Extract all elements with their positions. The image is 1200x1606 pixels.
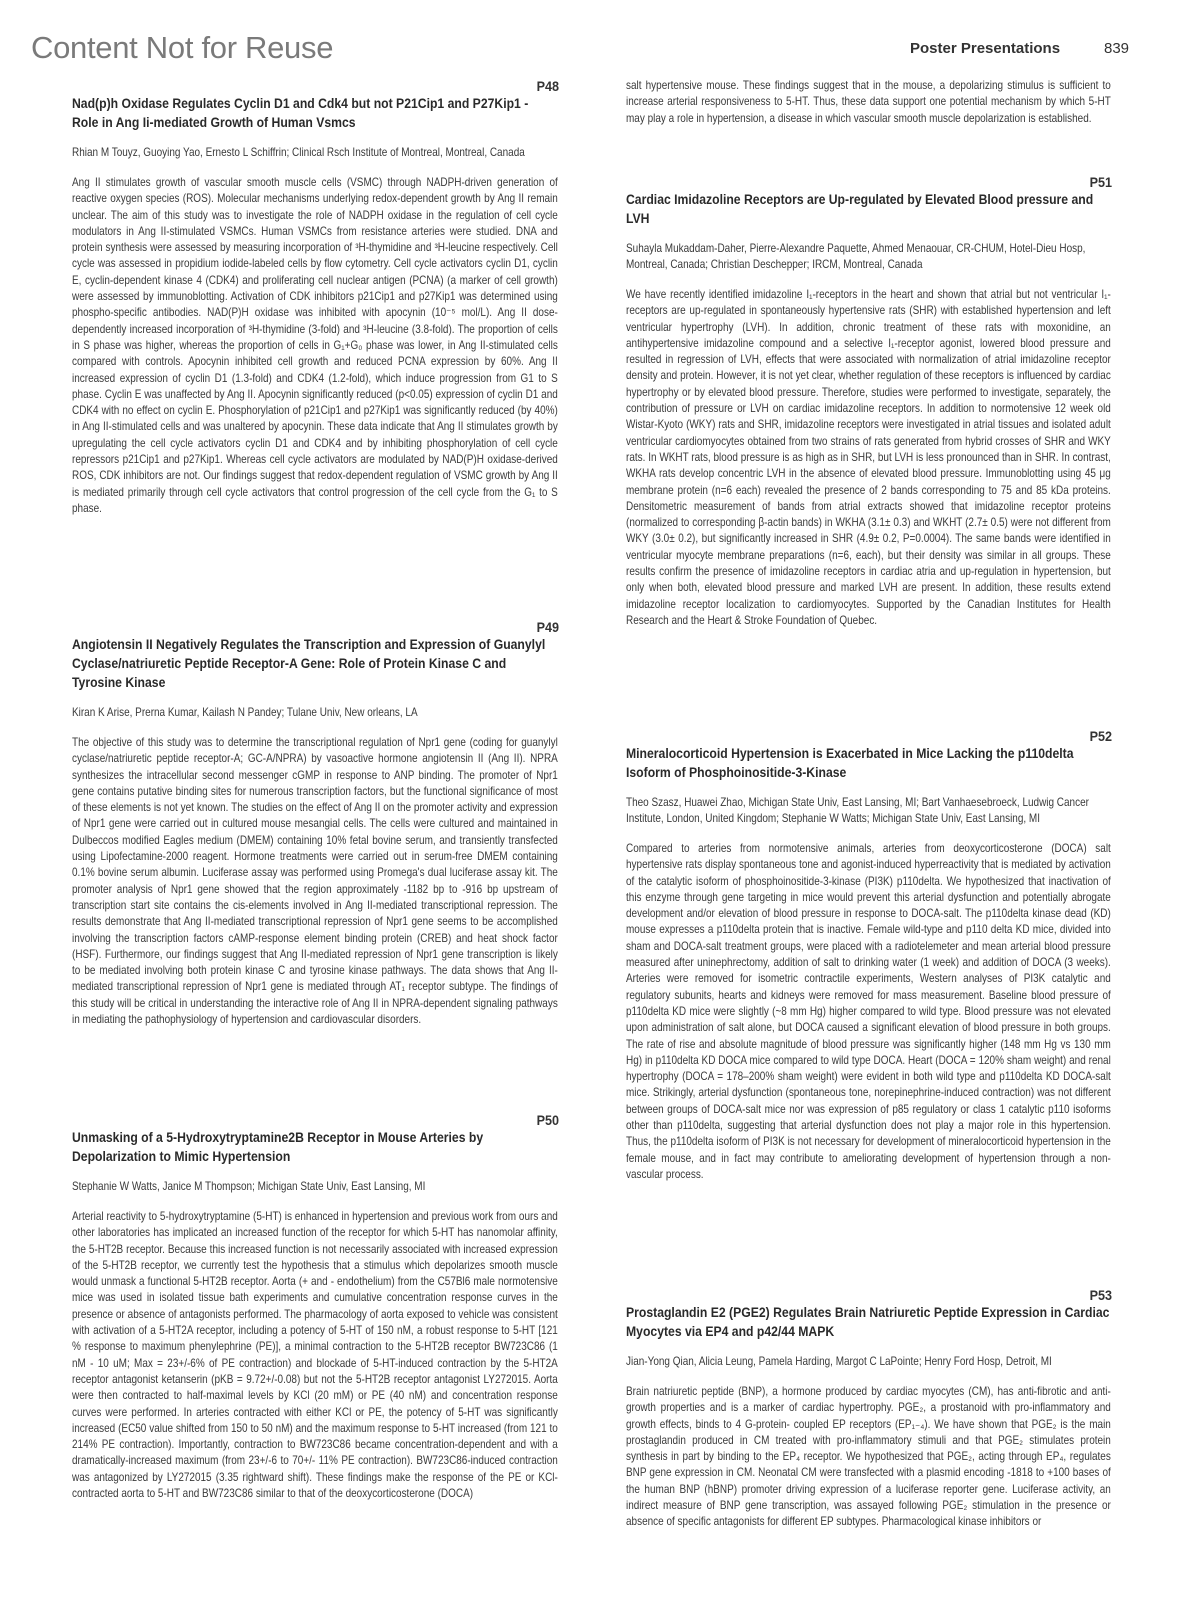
abstract-number: P49 xyxy=(121,619,559,636)
abstract-authors: Suhayla Mukaddam-Daher, Pierre-Alexandre… xyxy=(626,241,1111,273)
abstract-p51: P51 Cardiac Imidazoline Receptors are Up… xyxy=(626,174,1112,629)
abstract-p50-continued: salt hypertensive mouse. These findings … xyxy=(626,78,1112,127)
abstract-body: We have recently identified imidazoline … xyxy=(626,287,1111,629)
abstract-body: Arterial reactivity to 5-hydroxytryptami… xyxy=(72,1209,558,1502)
abstract-number: P52 xyxy=(675,728,1112,745)
abstract-number: P53 xyxy=(675,1287,1112,1304)
abstract-body: salt hypertensive mouse. These findings … xyxy=(626,78,1111,127)
abstract-title: Cardiac Imidazoline Receptors are Up-reg… xyxy=(626,191,1111,229)
abstract-body: Ang II stimulates growth of vascular smo… xyxy=(72,175,558,517)
abstract-authors: Kiran K Arise, Prerna Kumar, Kailash N P… xyxy=(72,705,558,721)
abstract-number: P48 xyxy=(121,78,559,95)
abstract-title: Angiotensin II Negatively Regulates the … xyxy=(72,636,558,693)
abstract-p50: P50 Unmasking of a 5-Hydroxytryptamine2B… xyxy=(72,1112,559,1502)
abstract-title: Unmasking of a 5-Hydroxytryptamine2B Rec… xyxy=(72,1129,558,1167)
abstract-p48: P48 Nad(p)h Oxidase Regulates Cyclin D1 … xyxy=(72,78,559,517)
abstract-title: Nad(p)h Oxidase Regulates Cyclin D1 and … xyxy=(72,95,558,133)
abstract-p52: P52 Mineralocorticoid Hypertension is Ex… xyxy=(626,728,1112,1183)
abstract-number: P50 xyxy=(121,1112,559,1129)
abstract-title: Mineralocorticoid Hypertension is Exacer… xyxy=(626,745,1111,783)
running-head: Poster Presentations xyxy=(910,40,1060,57)
abstract-p53: P53 Prostaglandin E2 (PGE2) Regulates Br… xyxy=(626,1287,1112,1531)
abstract-body: The objective of this study was to deter… xyxy=(72,735,558,1028)
abstract-authors: Stephanie W Watts, Janice M Thompson; Mi… xyxy=(72,1179,558,1195)
abstract-authors: Theo Szasz, Huawei Zhao, Michigan State … xyxy=(626,795,1111,827)
page-number: 839 xyxy=(1104,40,1129,57)
abstract-title: Prostaglandin E2 (PGE2) Regulates Brain … xyxy=(626,1304,1111,1342)
abstract-p49: P49 Angiotensin II Negatively Regulates … xyxy=(72,619,559,1028)
abstract-number: P51 xyxy=(675,174,1112,191)
abstract-body: Brain natriuretic peptide (BNP), a hormo… xyxy=(626,1384,1111,1531)
abstract-body: Compared to arteries from normotensive a… xyxy=(626,841,1111,1183)
abstract-authors: Rhian M Touyz, Guoying Yao, Ernesto L Sc… xyxy=(72,145,558,161)
watermark: Content Not for Reuse xyxy=(31,30,333,66)
abstract-authors: Jian-Yong Qian, Alicia Leung, Pamela Har… xyxy=(626,1354,1111,1370)
